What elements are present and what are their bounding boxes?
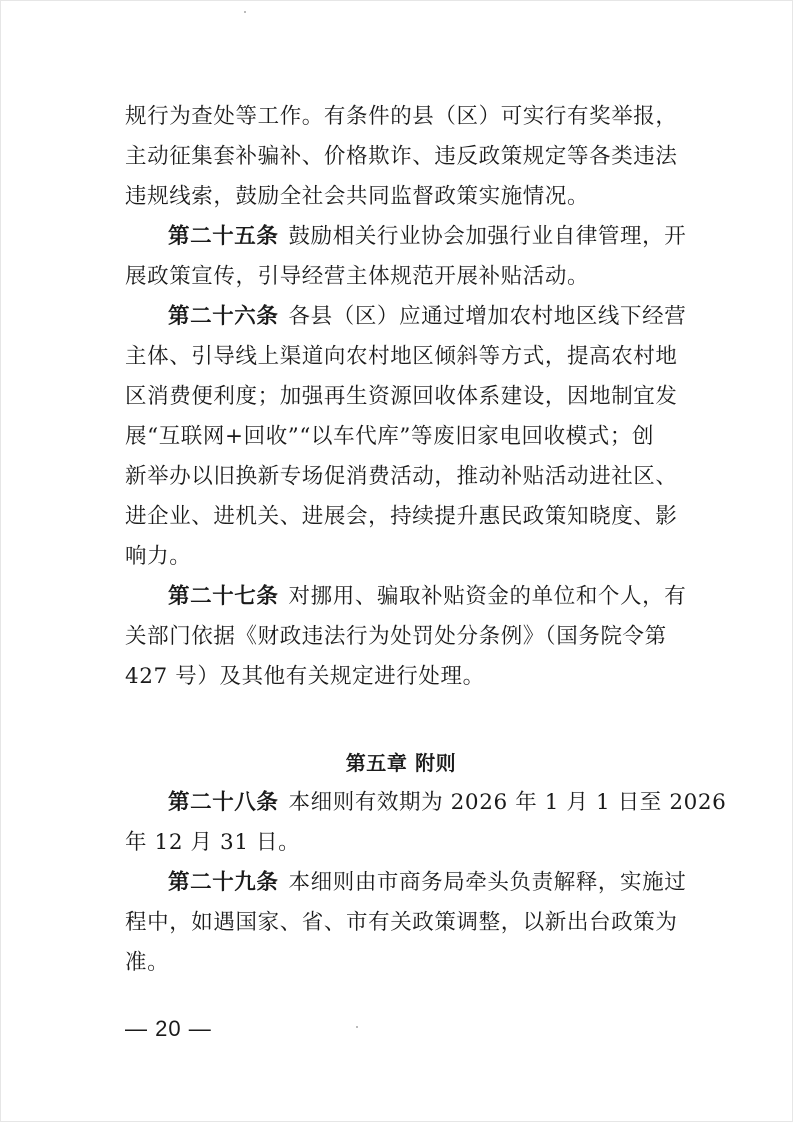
text-line: 各县（区）应通过增加农村地区线下经营 [289, 304, 687, 329]
text-line: 程中，如遇国家、省、市有关政策调整，以新出台政策为 [125, 903, 677, 943]
text-line: 427 号）及其他有关规定进行处理。 [125, 657, 677, 697]
text-line: 本细则由市商务局牵头负责解释，实施过 [289, 870, 687, 895]
text-line: 新举办以旧换新专场促消费活动，推动补贴活动进社区、 [125, 457, 677, 497]
text-line: 区消费便利度；加强再生资源回收体系建设，因地制宜发 [125, 377, 677, 417]
article-25: 第二十五条鼓励相关行业协会加强行业自律管理，开 展政策宣传，引导经营主体规范开展… [125, 217, 677, 297]
text-line: 对挪用、骗取补贴资金的单位和个人，有 [289, 584, 687, 609]
document-page: 规行为查处等工作。有条件的县（区）可实行有奖举报， 主动征集套补骗补、价格欺诈、… [0, 0, 793, 1122]
text-line: 规行为查处等工作。有条件的县（区）可实行有奖举报， [125, 97, 677, 137]
article-27: 第二十七条对挪用、骗取补贴资金的单位和个人，有 关部门依据《财政违法行为处罚处分… [125, 577, 677, 697]
article-number: 第二十八条 [168, 790, 279, 815]
article-29: 第二十九条本细则由市商务局牵头负责解释，实施过 程中，如遇国家、省、市有关政策调… [125, 863, 677, 983]
text-line: 展“互联网+回收”“以车代库”等废旧家电回收模式；创 [125, 417, 677, 457]
spacer [125, 697, 677, 743]
text-line: 进企业、进机关、进展会，持续提升惠民政策知晓度、影 [125, 497, 677, 537]
text-line: 违规线索，鼓励全社会共同监督政策实施情况。 [125, 177, 677, 217]
text-line: 响力。 [125, 537, 677, 577]
article-26: 第二十六条各县（区）应通过增加农村地区线下经营 主体、引导线上渠道向农村地区倾斜… [125, 297, 677, 577]
text-line: 关部门依据《财政违法行为处罚处分条例》（国务院令第 [125, 617, 677, 657]
article-number: 第二十六条 [168, 304, 279, 329]
scan-speck [244, 11, 246, 13]
text-line: 准。 [125, 943, 677, 983]
article-number: 第二十九条 [168, 870, 279, 895]
text-line: 主体、引导线上渠道向农村地区倾斜等方式，提高农村地 [125, 337, 677, 377]
text-line: 主动征集套补骗补、价格欺诈、违反政策规定等各类违法 [125, 137, 677, 177]
text-line: 本细则有效期为 2026 年 1 月 1 日至 2026 [289, 790, 727, 815]
scan-speck [356, 1026, 358, 1028]
paragraph-continuation: 规行为查处等工作。有条件的县（区）可实行有奖举报， 主动征集套补骗补、价格欺诈、… [125, 97, 677, 217]
article-number: 第二十五条 [168, 224, 279, 249]
chapter-title: 第五章 附则 [125, 743, 677, 783]
text-line: 展政策宣传，引导经营主体规范开展补贴活动。 [125, 257, 677, 297]
article-28: 第二十八条本细则有效期为 2026 年 1 月 1 日至 2026 年 12 月… [125, 783, 677, 863]
document-body: 规行为查处等工作。有条件的县（区）可实行有奖举报， 主动征集套补骗补、价格欺诈、… [125, 97, 677, 983]
text-line: 鼓励相关行业协会加强行业自律管理，开 [289, 224, 687, 249]
text-line: 年 12 月 31 日。 [125, 823, 677, 863]
article-number: 第二十七条 [168, 584, 279, 609]
page-number: — 20 — [125, 1016, 212, 1042]
